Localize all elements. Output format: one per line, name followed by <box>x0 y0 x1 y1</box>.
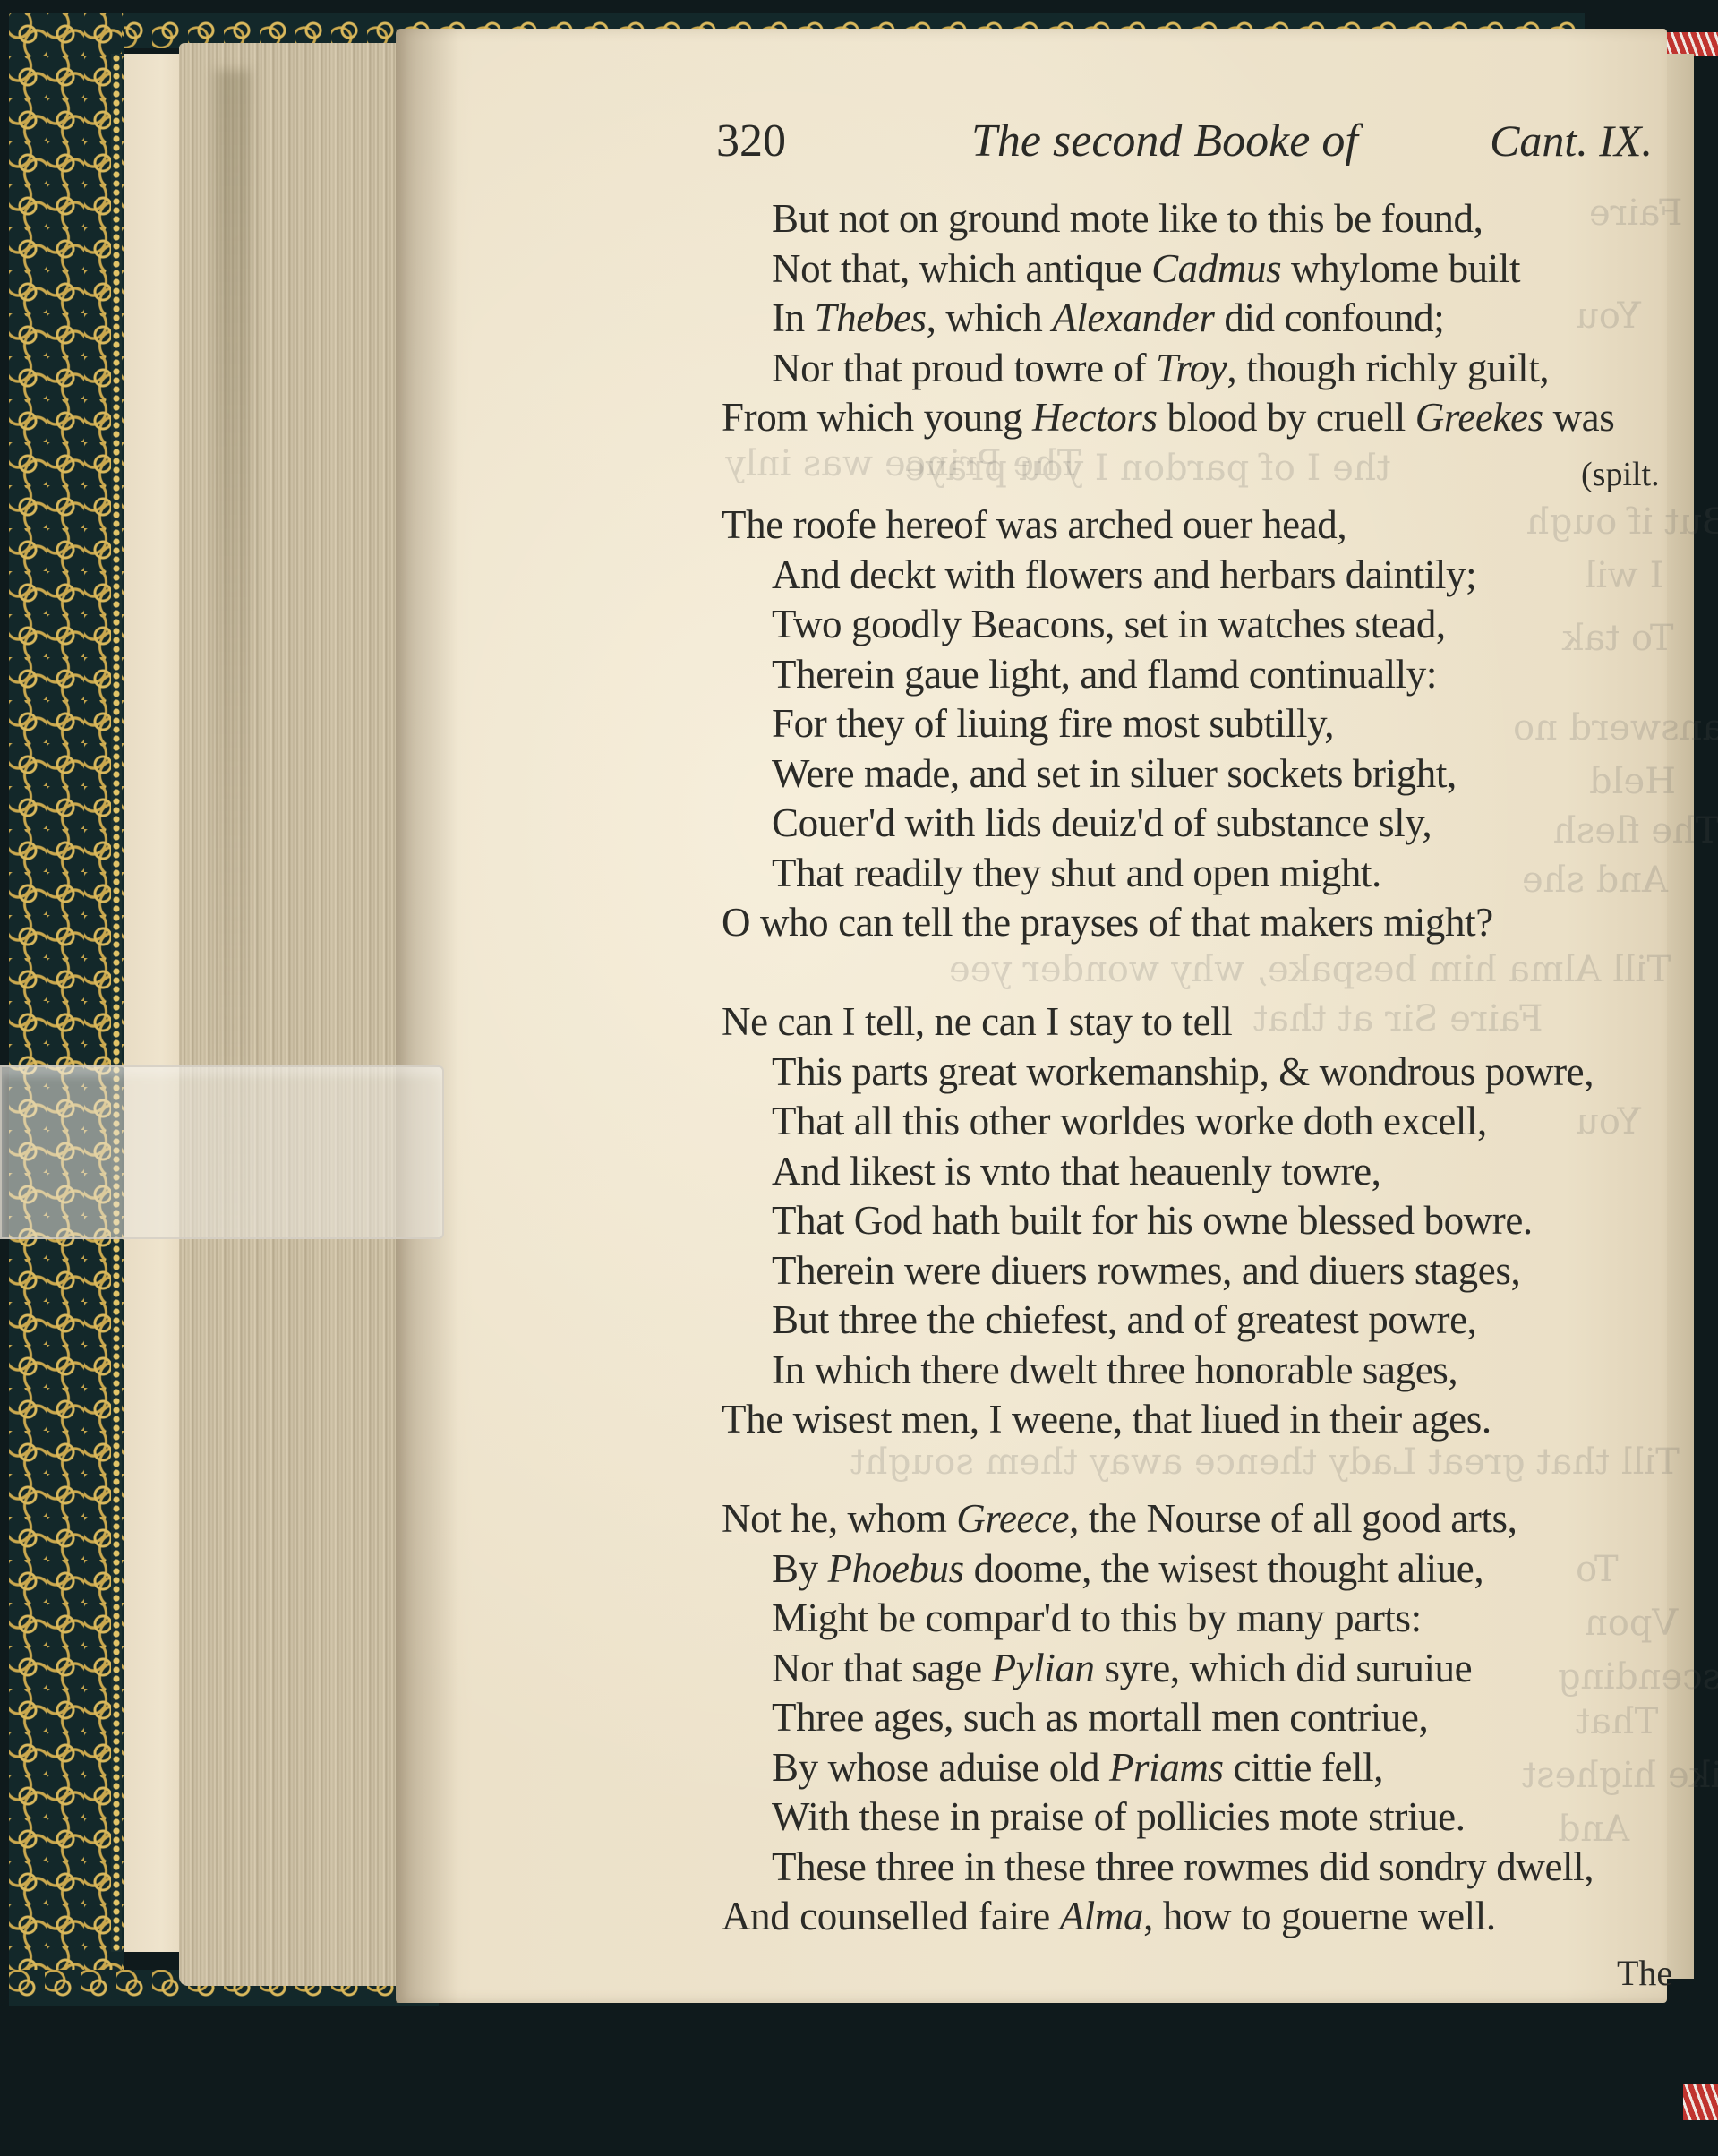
verse-line: Were made, and set in siluer sockets bri… <box>772 750 1457 797</box>
gilt-binding-left-border <box>9 13 124 1993</box>
verse-line: These three in these three rowmes did so… <box>772 1844 1594 1890</box>
verse-line: For they of liuing fire most subtilly, <box>772 700 1334 747</box>
show-through-line: She answerd no <box>1513 707 1718 749</box>
verse-line: That God hath built for his owne blessed… <box>772 1197 1533 1244</box>
show-through-line: You <box>1576 295 1641 337</box>
show-through-line: Ascending <box>1558 1656 1718 1698</box>
show-through-line: You <box>1576 1101 1641 1142</box>
show-through-line: Vpon <box>1585 1603 1678 1644</box>
verse-line: By Phoebus doome, the wisest thought ali… <box>772 1545 1483 1592</box>
catchword: The <box>1617 1952 1672 1994</box>
verse-line: Ne can I tell, ne can I stay to tell <box>722 998 1232 1045</box>
show-through-line: Till that great Lady thence away them so… <box>850 1442 1680 1483</box>
show-through-line: Faire <box>1589 192 1682 234</box>
turnover-word: (spilt. <box>1581 455 1660 494</box>
show-through-line: Faire Sir at that <box>1253 998 1543 1039</box>
verse-line: In which there dwelt three honorable sag… <box>772 1347 1457 1393</box>
show-through-line: But if ough <box>1526 501 1718 543</box>
verse-line: Not he, whom Greece, the Nourse of all g… <box>722 1495 1517 1542</box>
verse-line: Two goodly Beacons, set in watches stead… <box>772 601 1446 647</box>
show-through-line: To tak <box>1562 618 1674 659</box>
verse-line: That readily they shut and open might. <box>772 850 1381 896</box>
show-through-line: The flesh <box>1553 810 1718 851</box>
verse-line: Three ages, such as mortall men contriue… <box>772 1694 1428 1741</box>
verse-line: That all this other worldes worke doth e… <box>772 1098 1487 1144</box>
clear-plastic-page-clip <box>0 1065 444 1239</box>
verse-line: But three the chiefest, and of greatest … <box>772 1296 1477 1343</box>
verse-line: And deckt with flowers and herbars daint… <box>772 552 1476 598</box>
running-title: The second Booke of <box>971 115 1358 167</box>
show-through-line: That <box>1576 1701 1658 1742</box>
verse-line: Might be compar'd to this by many parts: <box>772 1595 1422 1641</box>
show-through-line: the I of pardon I you praye <box>904 448 1391 489</box>
verse-line: The roofe hereof was arched ouer head, <box>722 501 1346 548</box>
verse-line: Therein gaue light, and flamd continuall… <box>772 651 1437 697</box>
show-through-line: And she <box>1522 860 1668 901</box>
verse-line: O who can tell the prayses of that maker… <box>722 899 1493 945</box>
verse-line: In Thebes, which Alexander did confound; <box>772 295 1444 341</box>
verse-line: With these in praise of pollicies mote s… <box>772 1793 1466 1840</box>
gutter-shadow <box>396 29 458 2003</box>
verse-line: And counselled faire Alma, how to gouern… <box>722 1893 1496 1939</box>
verse-line: And likest is vnto that heauenly towre, <box>772 1148 1381 1194</box>
canto-number: Cant. IX. <box>1490 115 1653 167</box>
page-number: 320 <box>716 115 786 167</box>
gilt-bead-rule <box>111 54 122 1952</box>
show-through-line: Held <box>1589 761 1676 802</box>
verse-line: By whose aduise old Priams cittie fell, <box>772 1744 1383 1791</box>
verse-line: Therein were diuers rowmes, and diuers s… <box>772 1247 1520 1294</box>
flyleaf <box>124 54 186 1952</box>
show-through-line: Like highest <box>1522 1755 1718 1796</box>
verse-line: But not on ground mote like to this be f… <box>772 195 1483 242</box>
verse-line: Not that, which antique Cadmus whylome b… <box>772 245 1520 292</box>
headband-bottom <box>1683 2084 1718 2120</box>
show-through-line: To <box>1576 1549 1619 1590</box>
verse-line: Nor that sage Pylian syre, which did sur… <box>772 1645 1472 1691</box>
running-head: 320 The second Booke of Cant. IX. <box>716 115 1665 177</box>
page-stack-edge <box>179 43 403 1986</box>
verse-line: Nor that proud towre of Troy, though ric… <box>772 345 1549 391</box>
show-through-line: Till Alma him bespake, why wonder yee <box>949 949 1671 990</box>
show-through-line: I wil <box>1585 555 1663 596</box>
verse-line: The wisest men, I weene, that liued in t… <box>722 1396 1491 1442</box>
verse-line: This parts great workemanship, & wondrou… <box>772 1048 1594 1095</box>
verse-line: From which young Hectors blood by cruell… <box>722 394 1614 441</box>
verse-line: Couer'd with lids deuiz'd of substance s… <box>772 800 1432 846</box>
